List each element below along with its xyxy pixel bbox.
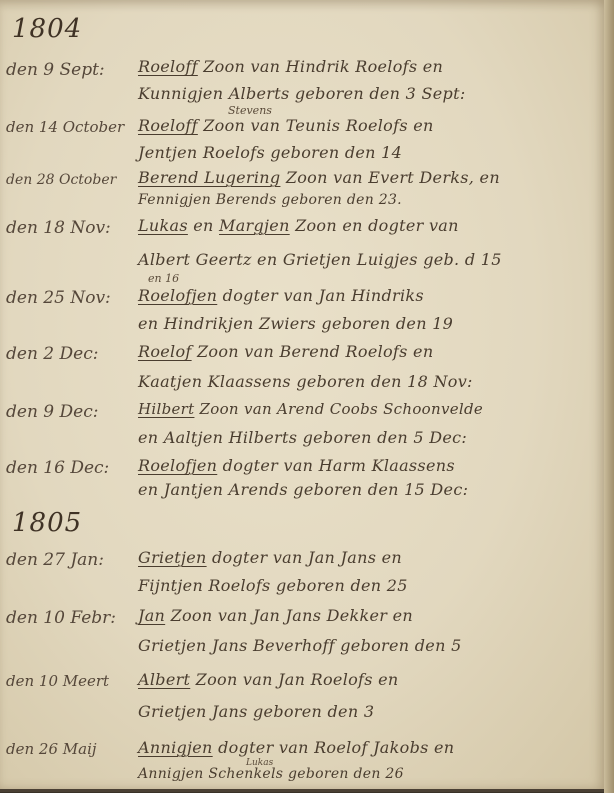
entry-line-1: Albert Zoon van Jan Roelofs en xyxy=(138,670,399,689)
entry-line-1: Roeloff Zoon van Hindrik Roelofs en xyxy=(138,57,443,76)
child-name: Roelof xyxy=(138,342,192,361)
entry-date: den 14 October xyxy=(6,118,124,136)
entry-line-2: Grietjen Jans Beverhoff geboren den 5 xyxy=(138,636,462,655)
entry-line-1: Berend Lugering Zoon van Evert Derks, en xyxy=(138,168,500,187)
year-heading-1804: 1804 xyxy=(12,14,82,44)
entry-date: den 25 Nov: xyxy=(6,288,111,308)
entry-line-2: Jentjen Roelofs geboren den 14 xyxy=(138,143,402,162)
entry-text: Zoon van Evert Derks, en xyxy=(286,168,500,187)
entry-text: Zoon van Jan Jans Dekker en xyxy=(171,606,413,625)
entry-text: Zoon van Arend Coobs Schoonvelde xyxy=(200,400,484,418)
entry-text: Zoon van Berend Roelofs en xyxy=(197,342,433,361)
child-name: Jan xyxy=(138,606,165,625)
entry-line-2: en Hindrikjen Zwiers geboren den 19 xyxy=(138,314,453,333)
entry-line-1: Roelofjen dogter van Harm Klaassens xyxy=(138,456,455,475)
entry-line-2: Kunnigjen Alberts geboren den 3 Sept: xyxy=(138,84,466,103)
entry-line-1: Annigjen dogter van Roelof Jakobs en xyxy=(138,738,454,757)
entry-line-2: Albert Geertz en Grietjen Luigjes geb. d… xyxy=(138,250,502,269)
page-edge xyxy=(604,0,614,793)
entry-date: den 18 Nov: xyxy=(6,218,111,238)
entry-date: den 10 Febr: xyxy=(6,608,116,628)
entry-line-2: Fennigjen Berends geboren den 23. xyxy=(138,192,402,208)
child-name: Roeloff xyxy=(138,57,198,76)
child-name: Roelofjen xyxy=(138,456,217,475)
entry-date: den 26 Maij xyxy=(6,740,97,758)
entry-date: den 27 Jan: xyxy=(6,550,104,570)
entry-text: Zoon van Hindrik Roelofs en xyxy=(203,57,443,76)
entry-text: dogter van Roelof Jakobs en xyxy=(218,738,454,757)
interlinear-note: en 16 xyxy=(148,272,179,285)
entry-line-2: Fijntjen Roelofs geboren den 25 xyxy=(138,576,408,595)
entry-text: Zoon en dogter van xyxy=(295,216,459,235)
entry-date: den 9 Dec: xyxy=(6,402,98,422)
entry-line-2: Grietjen Jans geboren den 3 xyxy=(138,702,374,721)
child-name: Roelofjen xyxy=(138,286,217,305)
child-name: Roeloff xyxy=(138,116,198,135)
entry-line-1: Lukas en Margjen Zoon en dogter van xyxy=(138,216,459,235)
entry-text: Zoon van Teunis Roelofs en xyxy=(203,116,433,135)
entry-line-1: Jan Zoon van Jan Jans Dekker en xyxy=(138,606,413,625)
entry-text: en xyxy=(193,216,213,235)
entry-line-1: Roelofjen dogter van Jan Hindriks xyxy=(138,286,424,305)
child-name: Albert xyxy=(138,670,190,689)
year-heading-1805: 1805 xyxy=(12,508,82,538)
entry-text: dogter van Harm Klaassens xyxy=(223,456,455,475)
entry-line-2: en Aaltjen Hilberts geboren den 5 Dec: xyxy=(138,428,467,447)
entry-date: den 10 Meert xyxy=(6,672,109,690)
entry-date: den 2 Dec: xyxy=(6,344,98,364)
child-name: Annigjen xyxy=(138,738,213,757)
manuscript-page: 1804 den 9 Sept: Roeloff Zoon van Hindri… xyxy=(0,0,612,792)
entry-line-1: Hilbert Zoon van Arend Coobs Schoonvelde xyxy=(138,400,483,418)
entry-text: dogter van Jan Jans en xyxy=(212,548,402,567)
entry-line-2: Kaatjen Klaassens geboren den 18 Nov: xyxy=(138,372,473,391)
child-name: Berend Lugering xyxy=(138,168,280,187)
entry-date: den 16 Dec: xyxy=(6,458,109,478)
entry-line-2: en Jantjen Arends geboren den 15 Dec: xyxy=(138,480,468,499)
child-name: Grietjen xyxy=(138,548,207,567)
entry-text: Zoon van Jan Roelofs en xyxy=(196,670,399,689)
entry-line-1: Roelof Zoon van Berend Roelofs en xyxy=(138,342,433,361)
entry-text: dogter van Jan Hindriks xyxy=(223,286,424,305)
child-name: Hilbert xyxy=(138,400,194,418)
entry-date: den 28 October xyxy=(6,172,116,188)
entry-line-1: Roeloff Zoon van Teunis Roelofs en xyxy=(138,116,434,135)
entry-date: den 9 Sept: xyxy=(6,60,105,80)
child-name-2: Margjen xyxy=(219,216,290,235)
child-name: Lukas xyxy=(138,216,188,235)
entry-line-1: Grietjen dogter van Jan Jans en xyxy=(138,548,402,567)
entry-line-2: Annigjen Schenkels geboren den 26 xyxy=(138,766,404,782)
